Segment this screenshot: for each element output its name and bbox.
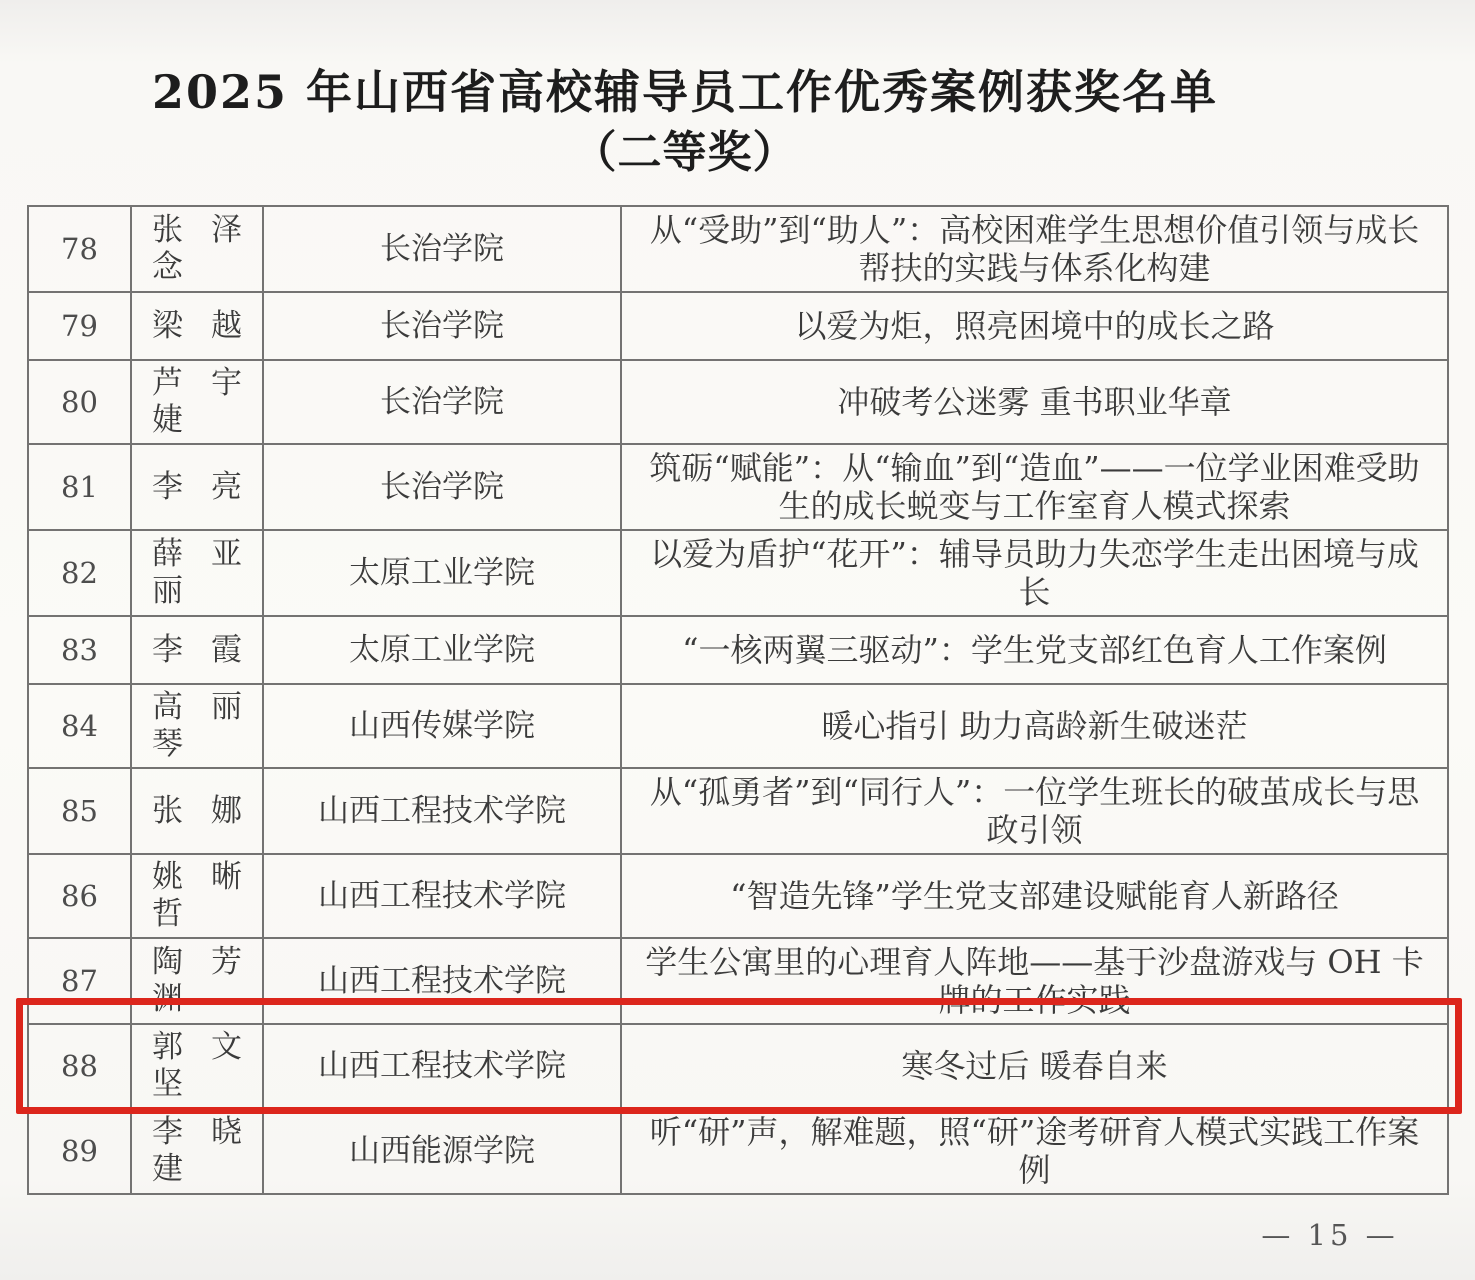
institution-name: 山西工程技术学院 <box>263 768 621 854</box>
row-number: 83 <box>28 616 131 684</box>
row-number: 80 <box>28 360 131 444</box>
institution-name: 山西工程技术学院 <box>263 1024 621 1108</box>
table-row: 81 李亮 长治学院 筑砺“赋能”：从“输血”到“造血”——一位学业困难受助生的… <box>28 444 1448 530</box>
row-number: 78 <box>28 206 131 292</box>
awardee-name: 李亮 <box>138 469 256 506</box>
institution-name: 太原工业学院 <box>263 616 621 684</box>
row-number: 87 <box>28 938 131 1024</box>
awardee-name: 李晓建 <box>138 1114 256 1188</box>
awardee-name: 张娜 <box>138 793 256 830</box>
row-number: 81 <box>28 444 131 530</box>
awardee-name: 张泽念 <box>138 212 256 286</box>
institution-name: 长治学院 <box>263 206 621 292</box>
awardee-name: 芦宇婕 <box>138 365 256 439</box>
table-row: 80 芦宇婕 长治学院 冲破考公迷雾 重书职业华章 <box>28 360 1448 444</box>
row-number: 89 <box>28 1108 131 1194</box>
table-row: 84 高丽琴 山西传媒学院 暖心指引 助力高龄新生破迷茫 <box>28 684 1448 768</box>
table-row: 78 张泽念 长治学院 从“受助”到“助人”：高校困难学生思想价值引领与成长帮扶… <box>28 206 1448 292</box>
institution-name: 山西工程技术学院 <box>263 938 621 1024</box>
awardee-name: 李霞 <box>138 632 256 669</box>
case-title: 以爱为炬，照亮困境中的成长之路 <box>621 292 1448 360</box>
awardee-name: 梁越 <box>138 308 256 345</box>
case-title: 筑砺“赋能”：从“输血”到“造血”——一位学业困难受助生的成长蜕变与工作室育人模… <box>621 444 1448 530</box>
case-title: 以爱为盾护“花开”：辅导员助力失恋学生走出困境与成长 <box>621 530 1448 616</box>
institution-name: 山西传媒学院 <box>263 684 621 768</box>
institution-name: 长治学院 <box>263 360 621 444</box>
page-number: — 15 — <box>1210 1218 1450 1252</box>
document-title-line1: 2025 年山西省高校辅导员工作优秀案例获奖名单 <box>0 62 1370 122</box>
row-number: 82 <box>28 530 131 616</box>
award-table: 78 张泽念 长治学院 从“受助”到“助人”：高校困难学生思想价值引领与成长帮扶… <box>27 205 1449 1195</box>
case-title: “一核两翼三驱动”：学生党支部红色育人工作案例 <box>621 616 1448 684</box>
row-number: 84 <box>28 684 131 768</box>
case-title: 听“研”声，解难题，照“研”途考研育人模式实践工作案例 <box>621 1108 1448 1194</box>
case-title: 寒冬过后 暖春自来 <box>621 1024 1448 1108</box>
table-row: 87 陶芳渊 山西工程技术学院 学生公寓里的心理育人阵地——基于沙盘游戏与 OH… <box>28 938 1448 1024</box>
table-row: 83 李霞 太原工业学院 “一核两翼三驱动”：学生党支部红色育人工作案例 <box>28 616 1448 684</box>
case-title: 从“孤勇者”到“同行人”：一位学生班长的破茧成长与思政引领 <box>621 768 1448 854</box>
institution-name: 山西能源学院 <box>263 1108 621 1194</box>
table-row: 85 张娜 山西工程技术学院 从“孤勇者”到“同行人”：一位学生班长的破茧成长与… <box>28 768 1448 854</box>
awardee-name: 陶芳渊 <box>138 944 256 1018</box>
row-number: 88 <box>28 1024 131 1108</box>
awardee-name: 郭文坚 <box>138 1029 256 1103</box>
institution-name: 长治学院 <box>263 444 621 530</box>
case-title: 冲破考公迷雾 重书职业华章 <box>621 360 1448 444</box>
document-title: 2025 年山西省高校辅导员工作优秀案例获奖名单 （二等奖） <box>0 62 1370 182</box>
table-row: 79 梁越 长治学院 以爱为炬，照亮困境中的成长之路 <box>28 292 1448 360</box>
table-row: 82 薛亚丽 太原工业学院 以爱为盾护“花开”：辅导员助力失恋学生走出困境与成长 <box>28 530 1448 616</box>
institution-name: 太原工业学院 <box>263 530 621 616</box>
awardee-name: 姚晰哲 <box>138 859 256 933</box>
case-title: 学生公寓里的心理育人阵地——基于沙盘游戏与 OH 卡牌的工作实践 <box>621 938 1448 1024</box>
row-number: 79 <box>28 292 131 360</box>
awardee-name: 薛亚丽 <box>138 536 256 610</box>
case-title: “智造先锋”学生党支部建设赋能育人新路径 <box>621 854 1448 938</box>
case-title: 从“受助”到“助人”：高校困难学生思想价值引领与成长帮扶的实践与体系化构建 <box>621 206 1448 292</box>
institution-name: 山西工程技术学院 <box>263 854 621 938</box>
document-title-line2: （二等奖） <box>0 124 1370 182</box>
table-row-highlighted: 89 李晓建 山西能源学院 听“研”声，解难题，照“研”途考研育人模式实践工作案… <box>28 1108 1448 1194</box>
table-row: 88 郭文坚 山西工程技术学院 寒冬过后 暖春自来 <box>28 1024 1448 1108</box>
row-number: 85 <box>28 768 131 854</box>
awardee-name: 高丽琴 <box>138 689 256 763</box>
case-title: 暖心指引 助力高龄新生破迷茫 <box>621 684 1448 768</box>
institution-name: 长治学院 <box>263 292 621 360</box>
row-number: 86 <box>28 854 131 938</box>
table-row: 86 姚晰哲 山西工程技术学院 “智造先锋”学生党支部建设赋能育人新路径 <box>28 854 1448 938</box>
